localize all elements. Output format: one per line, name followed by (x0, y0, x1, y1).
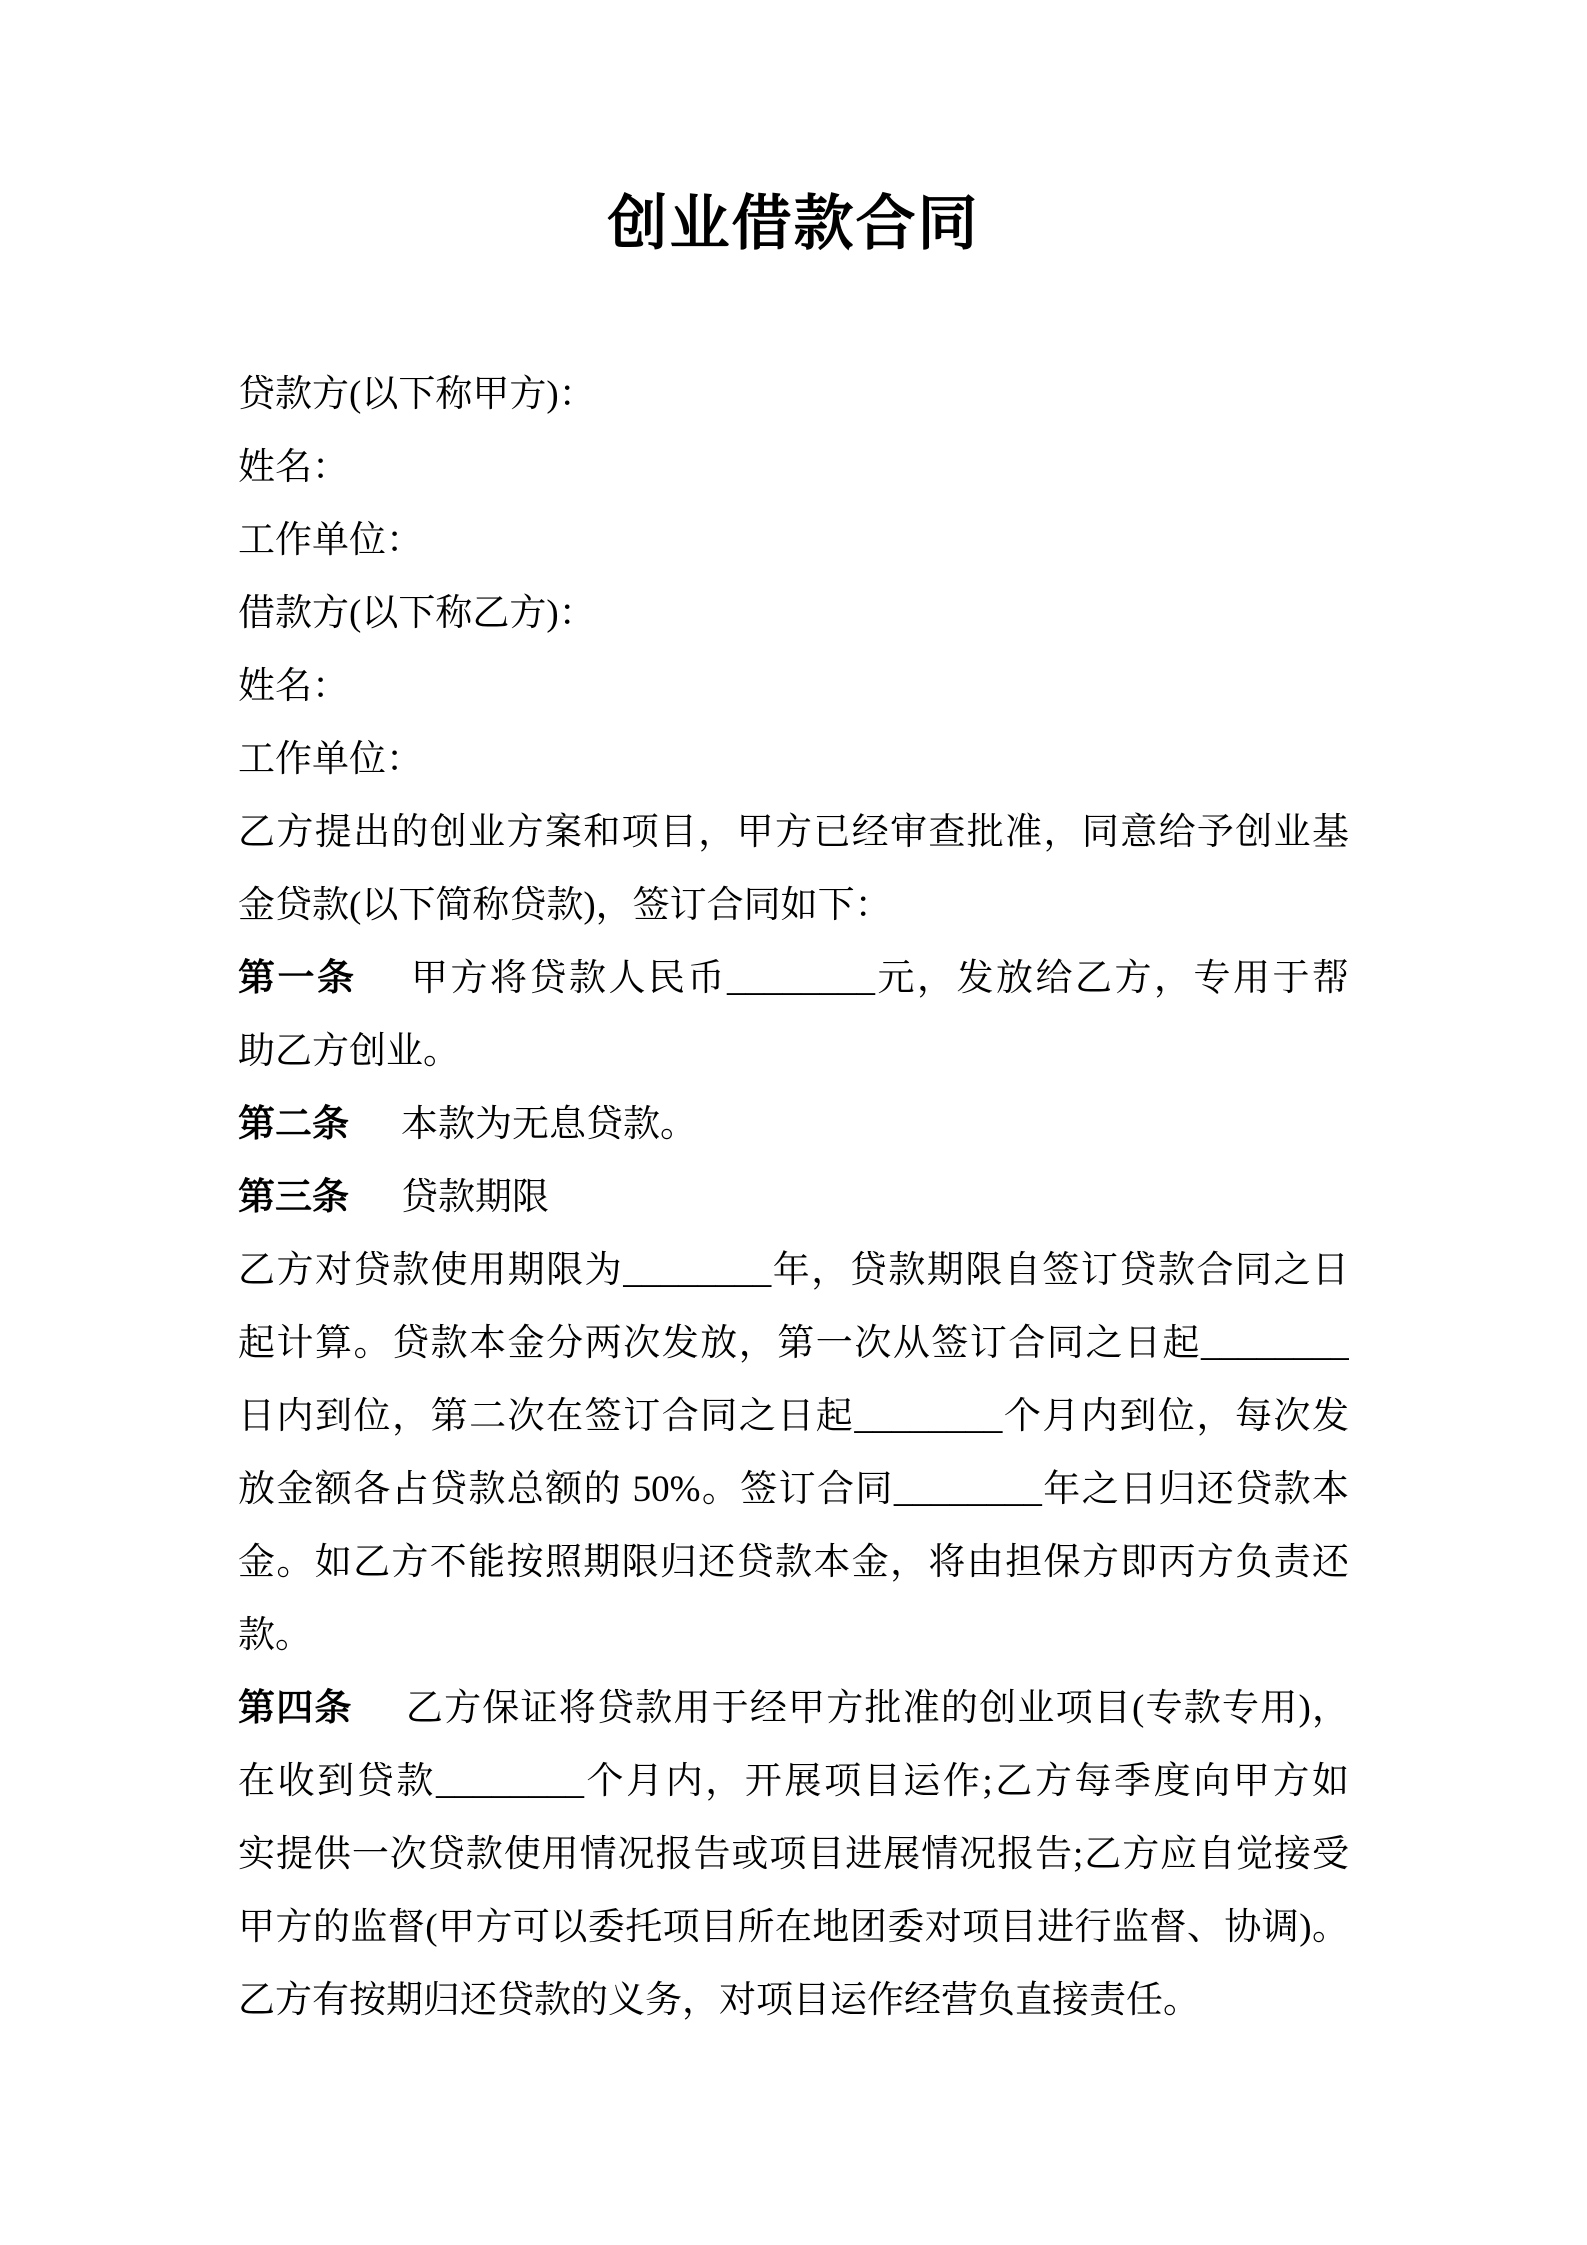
line-text: 甲方将贷款人民币________元，发放给乙方，专用于帮 (409, 958, 1350, 999)
line-text: 乙方提出的创业方案和项目，甲方已经审查批准，同意给予创业基 (238, 812, 1349, 853)
document-page: 创业借款合同 贷款方(以下称甲方)：姓名：工作单位：借款方(以下称乙方)：姓名：… (0, 0, 1587, 2245)
line-text: 实提供一次贷款使用情况报告或项目进展情况报告;乙方应自觉接受 (238, 1834, 1349, 1875)
line-text: 姓名： (238, 447, 349, 488)
text-line: 甲方的监督(甲方可以委托项目所在地团委对项目进行监督、协调)。 (238, 1891, 1349, 1964)
text-line: 日内到位，第二次在签订合同之日起________个月内到位，每次发 (238, 1380, 1349, 1453)
line-text: 工作单位： (238, 520, 423, 561)
line-text: 贷款方(以下称甲方)： (238, 374, 596, 415)
text-line: 工作单位： (238, 723, 1349, 796)
line-text: 金。如乙方不能按照期限归还贷款本金，将由担保方即丙方负责还 (238, 1542, 1349, 1583)
line-text: 贷款期限 (401, 1177, 549, 1218)
text-line: 款。 (238, 1599, 1349, 1672)
text-line: 第二条本款为无息贷款。 (238, 1088, 1349, 1161)
text-line: 姓名： (238, 431, 1349, 504)
text-line: 第四条乙方保证将贷款用于经甲方批准的创业项目(专款专用)， (238, 1672, 1349, 1745)
document-title: 创业借款合同 (0, 0, 1587, 258)
text-line: 贷款方(以下称甲方)： (238, 358, 1349, 431)
text-line: 乙方对贷款使用期限为________年，贷款期限自签订贷款合同之日 (238, 1234, 1349, 1307)
text-line: 起计算。贷款本金分两次发放，第一次从签订合同之日起________ (238, 1307, 1349, 1380)
document-body: 贷款方(以下称甲方)：姓名：工作单位：借款方(以下称乙方)：姓名：工作单位：乙方… (238, 358, 1349, 2037)
text-line: 姓名： (238, 650, 1349, 723)
line-text: 款。 (238, 1615, 312, 1656)
text-line: 第三条贷款期限 (238, 1161, 1349, 1234)
article-number-label: 第一条 (238, 958, 357, 999)
text-line: 助乙方创业。 (238, 1015, 1349, 1088)
text-line: 乙方有按期归还贷款的义务，对项目运作经营负直接责任。 (238, 1964, 1349, 2037)
text-line: 借款方(以下称乙方)： (238, 577, 1349, 650)
text-line: 在收到贷款________个月内，开展项目运作;乙方每季度向甲方如 (238, 1745, 1349, 1818)
text-line: 乙方提出的创业方案和项目，甲方已经审查批准，同意给予创业基 (238, 796, 1349, 869)
line-text: 助乙方创业。 (238, 1031, 460, 1072)
line-text: 借款方(以下称乙方)： (238, 593, 596, 634)
line-text: 姓名： (238, 666, 349, 707)
line-text: 本款为无息贷款。 (401, 1104, 697, 1145)
line-text: 起计算。贷款本金分两次发放，第一次从签订合同之日起________ (238, 1323, 1349, 1364)
line-text: 甲方的监督(甲方可以委托项目所在地团委对项目进行监督、协调)。 (238, 1907, 1349, 1948)
article-number-label: 第二条 (238, 1104, 349, 1145)
text-line: 金。如乙方不能按照期限归还贷款本金，将由担保方即丙方负责还 (238, 1526, 1349, 1599)
line-text: 放金额各占贷款总额的 50%。签订合同________年之日归还贷款本 (238, 1469, 1349, 1510)
line-text: 日内到位，第二次在签订合同之日起________个月内到位，每次发 (238, 1396, 1349, 1437)
text-line: 实提供一次贷款使用情况报告或项目进展情况报告;乙方应自觉接受 (238, 1818, 1349, 1891)
text-line: 金贷款(以下简称贷款)，签订合同如下： (238, 869, 1349, 942)
line-text: 乙方保证将贷款用于经甲方批准的创业项目(专款专用)， (405, 1688, 1349, 1729)
text-line: 放金额各占贷款总额的 50%。签订合同________年之日归还贷款本 (238, 1453, 1349, 1526)
article-number-label: 第四条 (238, 1688, 353, 1729)
line-text: 金贷款(以下简称贷款)，签订合同如下： (238, 885, 892, 926)
text-line: 第一条甲方将贷款人民币________元，发放给乙方，专用于帮 (238, 942, 1349, 1015)
line-text: 工作单位： (238, 739, 423, 780)
line-text: 乙方对贷款使用期限为________年，贷款期限自签订贷款合同之日 (238, 1250, 1349, 1291)
line-text: 在收到贷款________个月内，开展项目运作;乙方每季度向甲方如 (238, 1761, 1349, 1802)
article-number-label: 第三条 (238, 1177, 349, 1218)
text-line: 工作单位： (238, 504, 1349, 577)
line-text: 乙方有按期归还贷款的义务，对项目运作经营负直接责任。 (238, 1980, 1200, 2021)
